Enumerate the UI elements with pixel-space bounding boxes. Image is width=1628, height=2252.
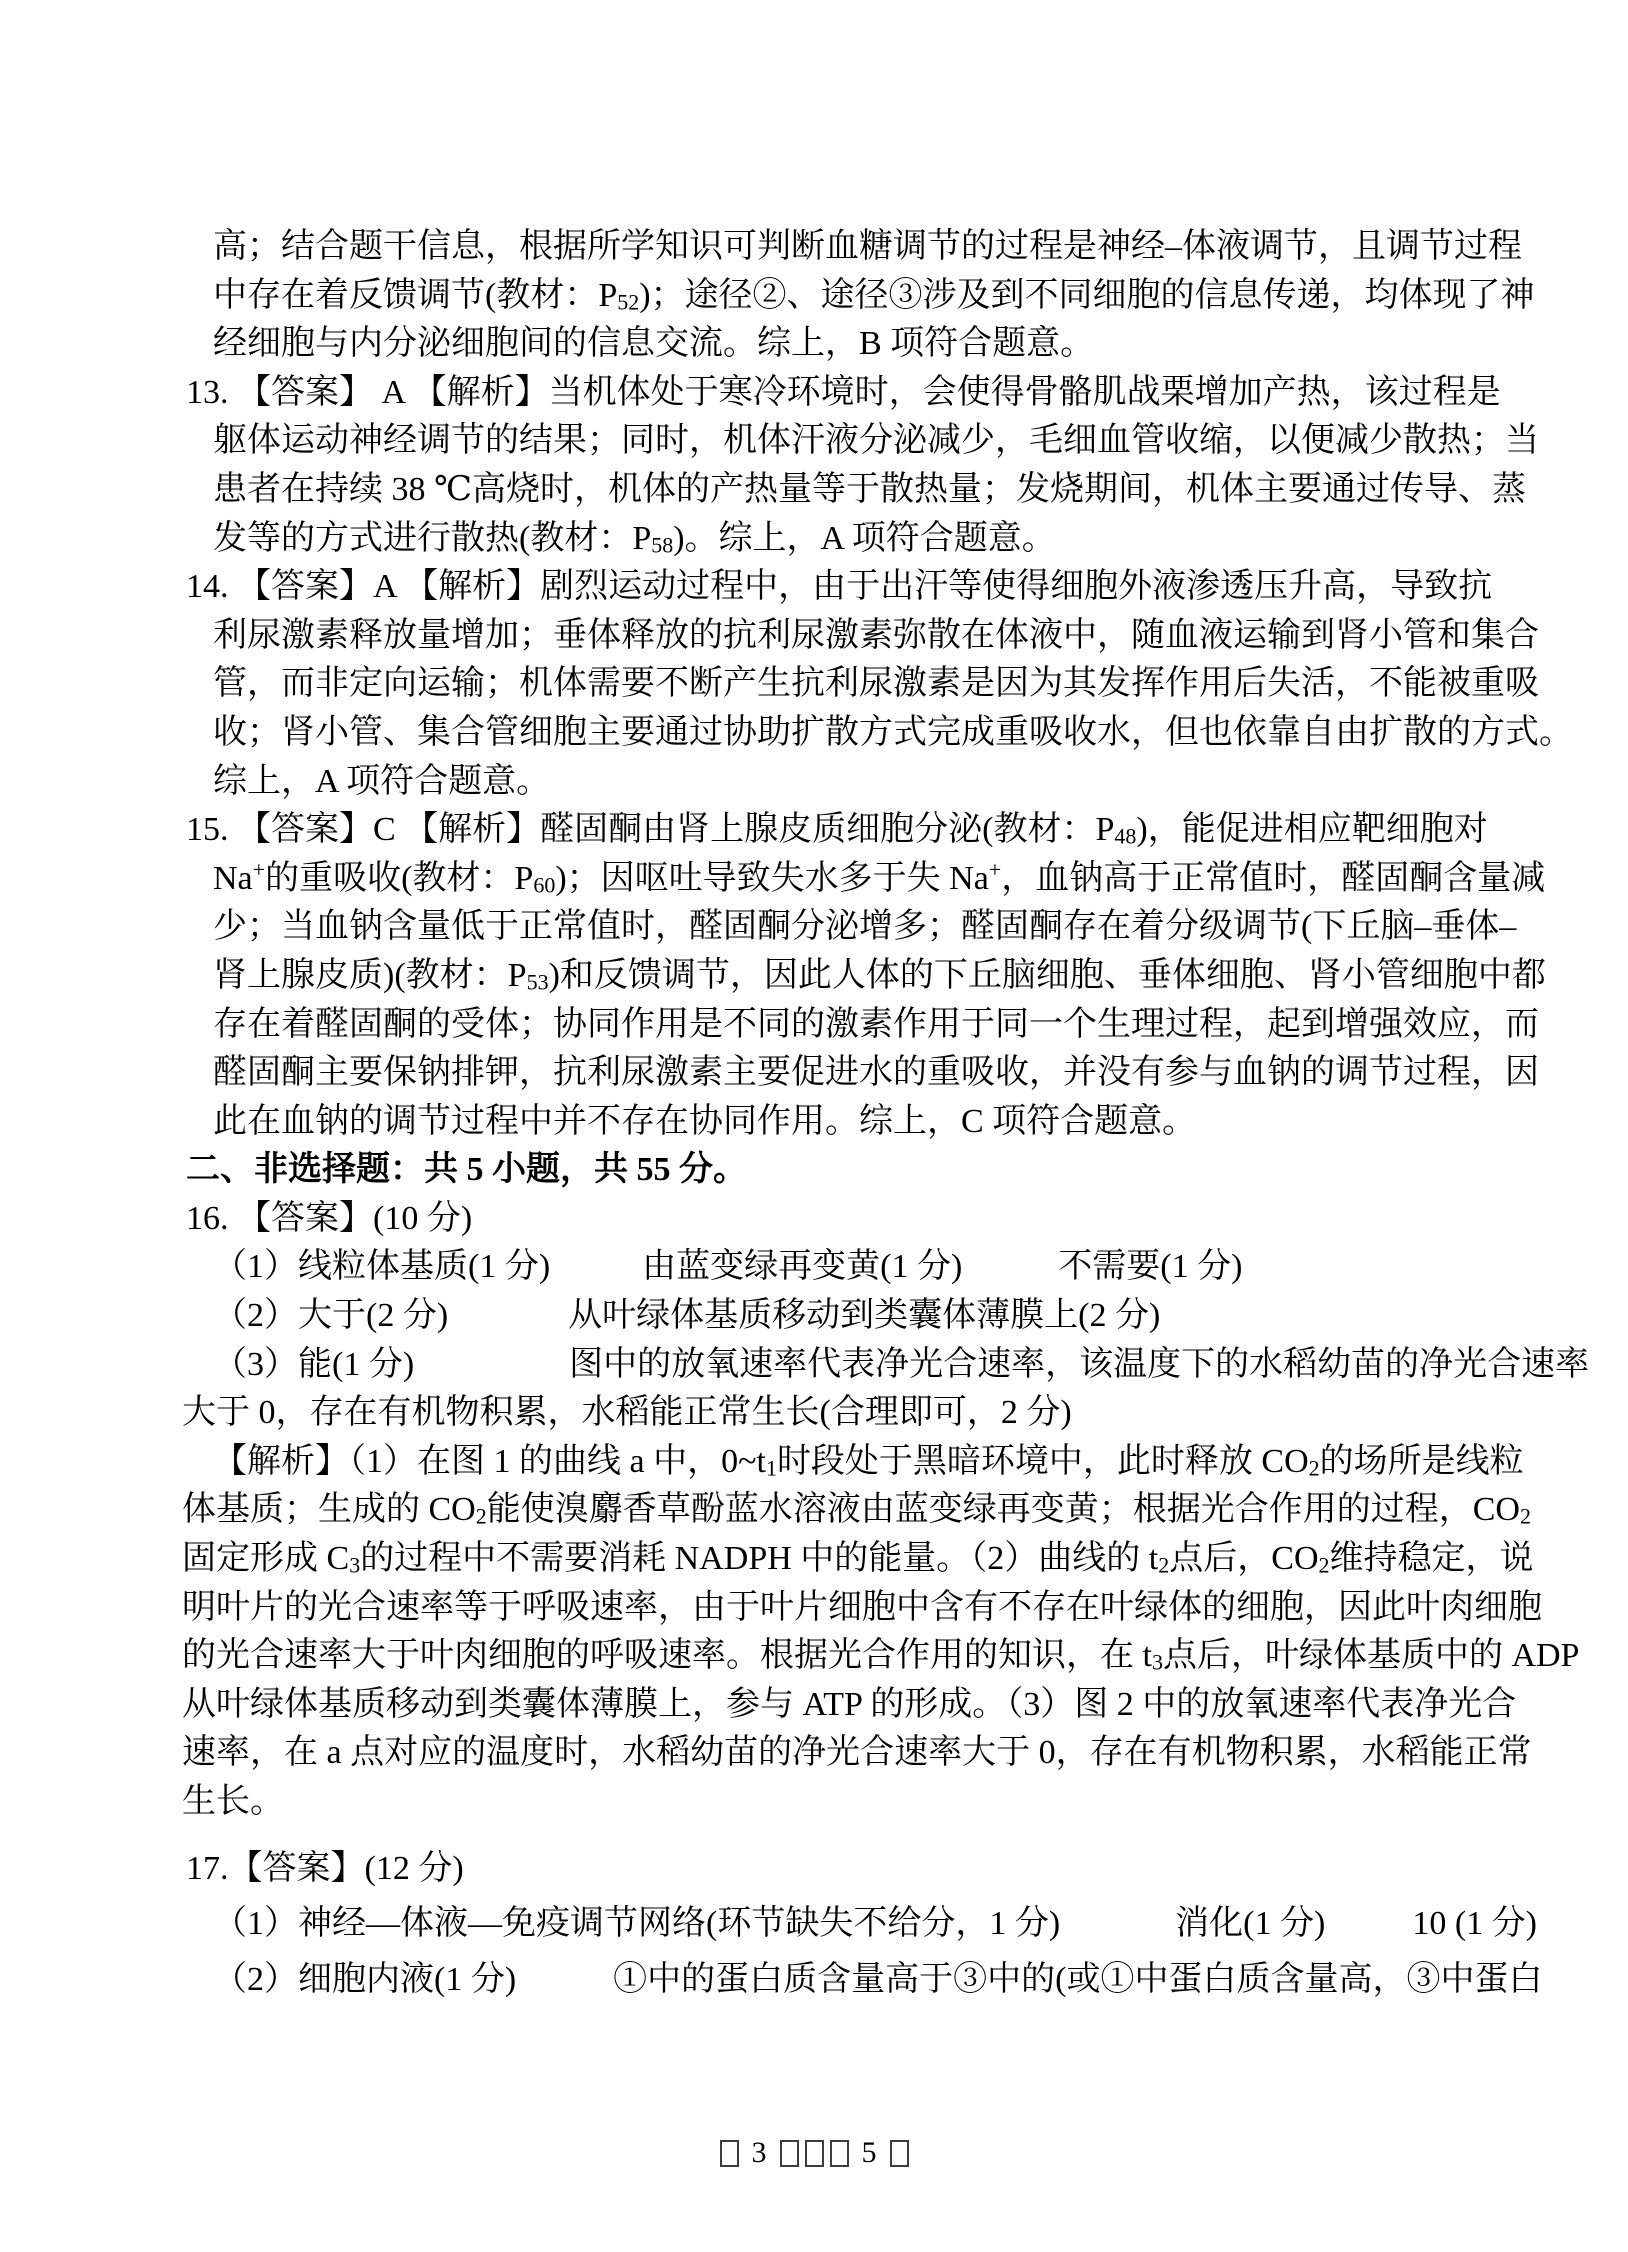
text-line: 高；结合题干信息，根据所学知识可判断血糖调节的过程是神经–体液调节，且调节过程 <box>0 223 1628 272</box>
text-line: 发等的方式进行散热(教材：P58)。综上，A 项符合题意。 <box>0 515 1628 564</box>
text-run: 2 <box>1520 1504 1531 1529</box>
text-line: （3）能(1 分)图中的放氧速率代表净光合速率，该温度下的水稻幼苗的净光合速率 <box>0 1341 1628 1390</box>
text-run: 从叶绿体基质移动到类囊体薄膜上，参与 ATP 的形成。（3）图 2 中的放氧速率… <box>182 1686 1516 1723</box>
text-line: 综上，A 项符合题意。 <box>0 758 1628 807</box>
text-line: 管，而非定向运输；机体需要不断产生抗利尿激素是因为其发挥作用后失活，不能被重吸 <box>0 660 1628 709</box>
text-run: （3）能(1 分) <box>213 1346 414 1383</box>
text-run: 时段处于黑暗环境中，此时释放 CO <box>777 1443 1309 1480</box>
text-run: 1 <box>766 1455 777 1480</box>
text-line: 躯体运动神经调节的结果；同时，机体汗液分泌减少，毛细血管收缩，以便减少散热；当 <box>0 417 1628 466</box>
text-line: （2）大于(2 分)从叶绿体基质移动到类囊体薄膜上(2 分) <box>0 1292 1628 1341</box>
text-line: 患者在持续 38 ℃高烧时，机体的产热量等于散热量；发烧期间，机体主要通过传导、… <box>0 466 1628 515</box>
text-run: 固定形成 C <box>182 1540 349 1577</box>
text-line: 大于 0，存在有机物积累，水稻能正常生长(合理即可，2 分) <box>0 1389 1628 1438</box>
text-run: 10 (1 分) <box>1412 1905 1537 1942</box>
text-run: （2）细胞内液(1 分) <box>213 1961 516 1998</box>
text-run: 不需要(1 分) <box>1058 1248 1242 1285</box>
text-line: 明叶片的光合速率等于呼吸速率，由于叶片细胞中含有不存在叶绿体的细胞，因此叶肉细胞 <box>0 1584 1628 1633</box>
text-run: 16. 【答案】(10 分) <box>186 1200 472 1237</box>
text-line: （1）线粒体基质(1 分)由蓝变绿再变黄(1 分)不需要(1 分) <box>0 1243 1628 1292</box>
footer-page-number: 3 <box>752 2138 767 2168</box>
missing-glyph-boxes <box>780 2140 849 2167</box>
text-run: 躯体运动神经调节的结果；同时，机体汗液分泌减少，毛细血管收缩，以便减少散热；当 <box>213 422 1539 459</box>
text-run: Na <box>213 860 253 897</box>
text-run: 生长。 <box>182 1783 284 1820</box>
text-run: （1）线粒体基质(1 分) <box>213 1248 550 1285</box>
missing-glyph-boxes <box>720 2140 739 2167</box>
text-run: 58 <box>651 532 673 557</box>
text-run: 由蓝变绿再变黄(1 分) <box>642 1248 962 1285</box>
text-run: 消化(1 分) <box>1175 1905 1325 1942</box>
text-run: )和反馈调节，因此人体的下丘脑细胞、垂体细胞、肾小管细胞中都 <box>549 957 1546 994</box>
text-run: 综上，A 项符合题意。 <box>213 763 550 800</box>
text-run: 2 <box>476 1504 487 1529</box>
text-line: （1）神经—体液—免疫调节网络(环节缺失不给分，1 分)消化(1 分)10 (1… <box>0 1900 1628 1949</box>
text-line: 17.【答案】(12 分) <box>0 1845 1628 1894</box>
text-line: 13. 【答案】 A 【解析】当机体处于寒冷环境时，会使得骨骼肌战栗增加产热，该… <box>0 369 1628 418</box>
missing-glyph-boxes <box>890 2140 909 2167</box>
text-run: 肾上腺皮质)(教材：P <box>213 957 527 994</box>
text-run: 经细胞与内分泌细胞间的信息交流。综上，B 项符合题意。 <box>213 325 1094 362</box>
text-run: 管，而非定向运输；机体需要不断产生抗利尿激素是因为其发挥作用后失活，不能被重吸 <box>213 665 1539 702</box>
answer-sheet-page: 高；结合题干信息，根据所学知识可判断血糖调节的过程是神经–体液调节，且调节过程中… <box>0 0 1628 2252</box>
tab-space <box>1060 1933 1175 1934</box>
text-run: （2）大于(2 分) <box>213 1297 448 1334</box>
text-run: 此在血钠的调节过程中并不存在协同作用。综上，C 项符合题意。 <box>213 1103 1196 1140</box>
text-run: ，血钠高于正常值时，醛固酮含量减 <box>1001 860 1545 897</box>
text-run: 17.【答案】(12 分) <box>186 1850 464 1887</box>
text-run: 维持稳定，说 <box>1330 1540 1534 1577</box>
text-run: 2 <box>1319 1552 1330 1577</box>
text-run: 2 <box>1158 1552 1169 1577</box>
tofu-box <box>720 2140 739 2167</box>
text-run: 收；肾小管、集合管细胞主要通过协助扩散方式完成重吸收水，但也依靠自由扩散的方式。 <box>213 714 1573 751</box>
text-line: 固定形成 C3的过程中不需要消耗 NADPH 中的能量。（2）曲线的 t2点后，… <box>0 1535 1628 1584</box>
text-run: 3 <box>1152 1650 1163 1675</box>
text-line: 经细胞与内分泌细胞间的信息交流。综上，B 项符合题意。 <box>0 320 1628 369</box>
text-run: 53 <box>527 969 549 994</box>
text-run: 醛固酮主要保钠排钾，抗利尿激素主要促进水的重吸收，并没有参与血钠的调节过程，因 <box>213 1054 1539 1091</box>
text-run: 图中的放氧速率代表净光合速率，该温度下的水稻幼苗的净光合速率 <box>569 1346 1589 1383</box>
document-body: 高；结合题干信息，根据所学知识可判断血糖调节的过程是神经–体液调节，且调节过程中… <box>0 223 1628 2004</box>
text-line: 速率，在 a 点对应的温度时，水稻幼苗的净光合速率大于 0，存在有机物积累，水稻… <box>0 1729 1628 1778</box>
text-line: 14. 【答案】A 【解析】剧烈运动过程中，由于出汗等使得细胞外液渗透压升高，导… <box>0 563 1628 612</box>
text-run: 的过程中不需要消耗 NADPH 中的能量。（2）曲线的 t <box>360 1540 1158 1577</box>
text-line: 生长。 <box>0 1778 1628 1827</box>
text-line: 16. 【答案】(10 分) <box>0 1195 1628 1244</box>
text-run: 体基质；生成的 CO <box>182 1491 476 1528</box>
text-run: 3 <box>349 1552 360 1577</box>
text-run: 点后，CO <box>1169 1540 1318 1577</box>
text-run: 少；当血钠含量低于正常值时，醛固酮分泌增多；醛固酮存在着分级调节(下丘脑–垂体– <box>213 908 1516 945</box>
text-run: 能使溴麝香草酚蓝水溶液由蓝变绿再变黄；根据光合作用的过程，CO <box>487 1491 1520 1528</box>
page-footer: 35 <box>0 2138 1628 2168</box>
text-run: 【解析】（1）在图 1 的曲线 a 中，0~t <box>213 1443 766 1480</box>
text-run: 15. 【答案】C 【解析】醛固酮由肾上腺皮质细胞分泌(教材：P <box>186 811 1114 848</box>
text-run: + <box>989 857 1001 882</box>
text-line: 醛固酮主要保钠排钾，抗利尿激素主要促进水的重吸收，并没有参与血钠的调节过程，因 <box>0 1049 1628 1098</box>
text-line: 利尿激素释放量增加；垂体释放的抗利尿激素弥散在体液中，随血液运输到肾小管和集合 <box>0 612 1628 661</box>
text-run: 明叶片的光合速率等于呼吸速率，由于叶片细胞中含有不存在叶绿体的细胞，因此叶肉细胞 <box>182 1589 1542 1626</box>
text-run: 的重吸收(教材：P <box>265 860 533 897</box>
text-run: 的光合速率大于叶肉细胞的呼吸速率。根据光合作用的知识，在 t <box>182 1637 1152 1674</box>
text-run: 2 <box>1309 1455 1320 1480</box>
tofu-box <box>830 2140 849 2167</box>
text-line: 收；肾小管、集合管细胞主要通过协助扩散方式完成重吸收水，但也依靠自由扩散的方式。 <box>0 709 1628 758</box>
tofu-box <box>890 2140 909 2167</box>
text-run: 52 <box>617 289 639 314</box>
text-line: Na+的重吸收(教材：P60)；因呕吐导致失水多于失 Na+，血钠高于正常值时，… <box>0 855 1628 904</box>
text-run: 速率，在 a 点对应的温度时，水稻幼苗的净光合速率大于 0，存在有机物积累，水稻… <box>182 1734 1532 1771</box>
text-line: 少；当血钠含量低于正常值时，醛固酮分泌增多；醛固酮存在着分级调节(下丘脑–垂体– <box>0 903 1628 952</box>
text-run: )。综上，A 项符合题意。 <box>673 520 1056 557</box>
text-run: 13. 【答案】 A 【解析】当机体处于寒冷环境时，会使得骨骼肌战栗增加产热，该… <box>186 374 1501 411</box>
text-run: 从叶绿体基质移动到类囊体薄膜上(2 分) <box>568 1297 1160 1334</box>
tofu-box <box>805 2140 824 2167</box>
text-run: 的场所是线粒 <box>1320 1443 1524 1480</box>
tab-space <box>962 1276 1058 1277</box>
text-run: + <box>253 857 265 882</box>
text-run: )，能促进相应靶细胞对 <box>1136 811 1487 848</box>
tofu-box <box>780 2140 799 2167</box>
text-line: 肾上腺皮质)(教材：P53)和反馈调节，因此人体的下丘脑细胞、垂体细胞、肾小管细… <box>0 952 1628 1001</box>
text-run: 二、非选择题：共 5 小题，共 55 分。 <box>186 1151 747 1188</box>
text-run: 利尿激素释放量增加；垂体释放的抗利尿激素弥散在体液中，随血液运输到肾小管和集合 <box>213 617 1539 654</box>
text-line: 此在血钠的调节过程中并不存在协同作用。综上，C 项符合题意。 <box>0 1098 1628 1147</box>
text-line: 中存在着反馈调节(教材：P52)；途径②、途径③涉及到不同细胞的信息传递，均体现… <box>0 272 1628 321</box>
tab-space <box>414 1374 569 1375</box>
text-line: （2）细胞内液(1 分)①中的蛋白质含量高于③中的(或①中蛋白质含量高，③中蛋白 <box>0 1956 1628 2005</box>
text-run: 中存在着反馈调节(教材：P <box>213 277 617 314</box>
text-run: 14. 【答案】A 【解析】剧烈运动过程中，由于出汗等使得细胞外液渗透压升高，导… <box>186 568 1492 605</box>
tab-space <box>448 1325 568 1326</box>
text-run: 存在着醛固酮的受体；协同作用是不同的激素作用于同一个生理过程，起到增强效应，而 <box>213 1006 1539 1043</box>
text-run: ①中的蛋白质含量高于③中的(或①中蛋白质含量高，③中蛋白 <box>613 1961 1542 1998</box>
text-line: 15. 【答案】C 【解析】醛固酮由肾上腺皮质细胞分泌(教材：P48)，能促进相… <box>0 806 1628 855</box>
text-run: 60 <box>533 872 555 897</box>
footer-total-pages: 5 <box>862 2138 877 2168</box>
text-line: 【解析】（1）在图 1 的曲线 a 中，0~t1时段处于黑暗环境中，此时释放 C… <box>0 1438 1628 1487</box>
text-run: （1）神经—体液—免疫调节网络(环节缺失不给分，1 分) <box>213 1905 1060 1942</box>
text-run: )；途径②、途径③涉及到不同细胞的信息传递，均体现了神 <box>639 277 1534 314</box>
text-line: 体基质；生成的 CO2能使溴麝香草酚蓝水溶液由蓝变绿再变黄；根据光合作用的过程，… <box>0 1486 1628 1535</box>
text-run: 48 <box>1114 823 1136 848</box>
text-line: 存在着醛固酮的受体；协同作用是不同的激素作用于同一个生理过程，起到增强效应，而 <box>0 1001 1628 1050</box>
tab-space <box>550 1276 642 1277</box>
text-run: 大于 0，存在有机物积累，水稻能正常生长(合理即可，2 分) <box>182 1394 1072 1431</box>
text-run: 患者在持续 38 ℃高烧时，机体的产热量等于散热量；发烧期间，机体主要通过传导、… <box>213 471 1526 508</box>
text-run: 高；结合题干信息，根据所学知识可判断血糖调节的过程是神经–体液调节，且调节过程 <box>213 228 1522 265</box>
text-line: 二、非选择题：共 5 小题，共 55 分。 <box>0 1146 1628 1195</box>
text-line: 从叶绿体基质移动到类囊体薄膜上，参与 ATP 的形成。（3）图 2 中的放氧速率… <box>0 1681 1628 1730</box>
tab-space <box>1325 1933 1412 1934</box>
tab-space <box>516 1989 613 1990</box>
text-run: 点后，叶绿体基质中的 ADP <box>1163 1637 1580 1674</box>
text-run: )；因呕吐导致失水多于失 Na <box>555 860 988 897</box>
text-run: 发等的方式进行散热(教材：P <box>213 520 651 557</box>
text-line: 的光合速率大于叶肉细胞的呼吸速率。根据光合作用的知识，在 t3点后，叶绿体基质中… <box>0 1632 1628 1681</box>
